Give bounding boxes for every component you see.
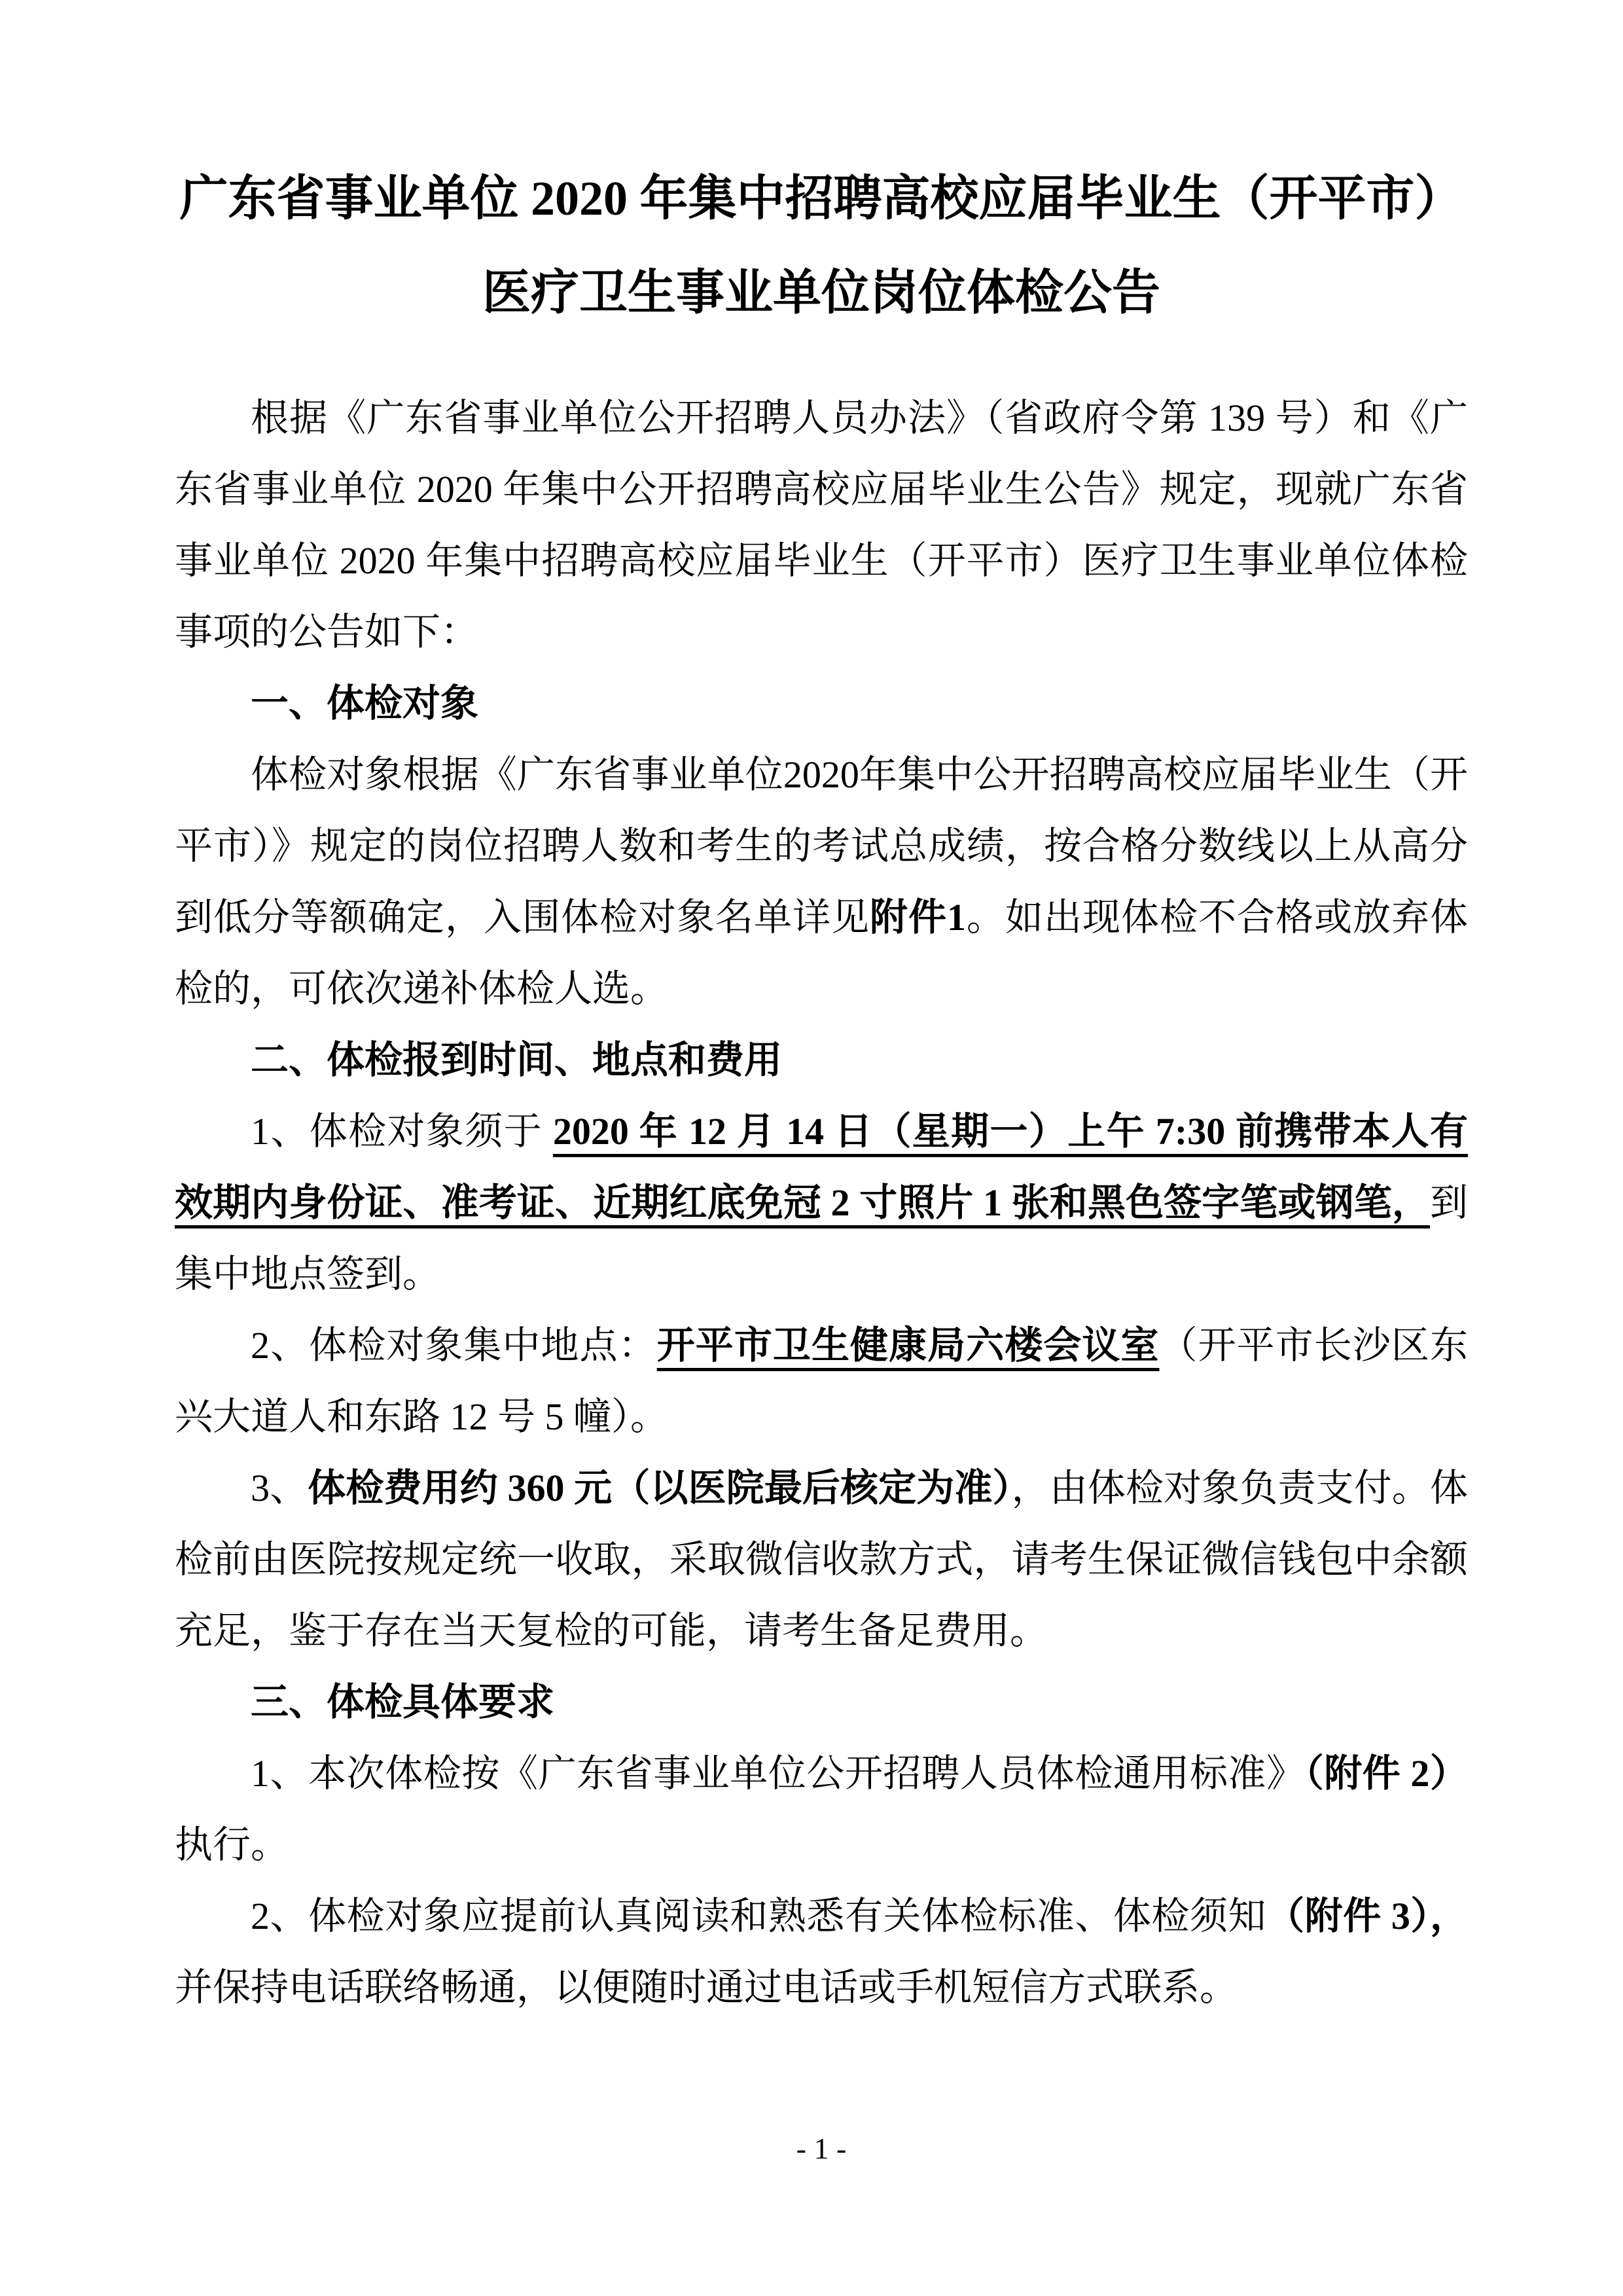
attachment-1-reference: 附件1 bbox=[870, 896, 966, 939]
checkup-fee: 体检费用约 360 元（以医院最后核定为准） bbox=[308, 1467, 1011, 1509]
text-run: 3、 bbox=[251, 1467, 308, 1509]
page-number: - 1 - bbox=[796, 2132, 847, 2165]
assembly-location: 开平市卫生健康局六楼会议室 bbox=[657, 1324, 1160, 1367]
text-run: 2、体检对象集中地点： bbox=[251, 1324, 657, 1367]
page-footer: - 1 - bbox=[175, 2132, 1468, 2165]
section-2-item-3-paragraph: 3、体检费用约 360 元（以医院最后核定为准），由体检对象负责支付。体检前由医… bbox=[175, 1452, 1468, 1666]
section-3-item-1-paragraph: 1、本次体检按《广东省事业单位公开招聘人员体检通用标准》（附件 2）执行。 bbox=[175, 1738, 1468, 1880]
intro-paragraph: 根据《广东省事业单位公开招聘人员办法》（省政府令第 139 号）和《广东省事业单… bbox=[175, 382, 1468, 668]
section-1-paragraph: 体检对象根据《广东省事业单位2020年集中公开招聘高校应届毕业生（开平市）》规定… bbox=[175, 739, 1468, 1024]
section-2-item-1-paragraph: 1、体检对象须于 2020 年 12 月 14 日（星期一）上午 7:30 前携… bbox=[175, 1096, 1468, 1310]
section-2-heading: 二、体检报到时间、地点和费用 bbox=[175, 1024, 1468, 1096]
text-run: 2、体检对象应提前认真阅读和熟悉有关体检标准、体检须知 bbox=[251, 1895, 1266, 1937]
section-2-item-2-paragraph: 2、体检对象集中地点：开平市卫生健康局六楼会议室（开平市长沙区东兴大道人和东路 … bbox=[175, 1310, 1468, 1452]
title-line-1: 广东省事业单位 2020 年集中招聘高校应届毕业生（开平市） bbox=[175, 152, 1468, 246]
text-run: 1、体检对象须于 bbox=[251, 1110, 553, 1153]
document-page: 广东省事业单位 2020 年集中招聘高校应届毕业生（开平市） 医疗卫生事业单位岗… bbox=[0, 0, 1623, 2296]
section-3-item-2-paragraph: 2、体检对象应提前认真阅读和熟悉有关体检标准、体检须知（附件 3），并保持电话联… bbox=[175, 1880, 1468, 2023]
title-line-2: 医疗卫生事业单位岗位体检公告 bbox=[175, 246, 1468, 340]
document-title: 广东省事业单位 2020 年集中招聘高校应届毕业生（开平市） 医疗卫生事业单位岗… bbox=[175, 152, 1468, 340]
attachment-2-reference: （附件 2） bbox=[1305, 1752, 1468, 1795]
text-run: 并保持电话联络畅通，以便随时通过电话或手机短信方式联系。 bbox=[175, 1966, 1238, 2009]
section-3-heading: 三、体检具体要求 bbox=[175, 1666, 1468, 1738]
text-run: 执行。 bbox=[175, 1823, 289, 1866]
text-run: 1、本次体检按《广东省事业单位公开招聘人员体检通用标准》 bbox=[251, 1752, 1305, 1795]
section-1-heading: 一、体检对象 bbox=[175, 668, 1468, 739]
attachment-3-reference: （附件 3）， bbox=[1266, 1895, 1468, 1937]
